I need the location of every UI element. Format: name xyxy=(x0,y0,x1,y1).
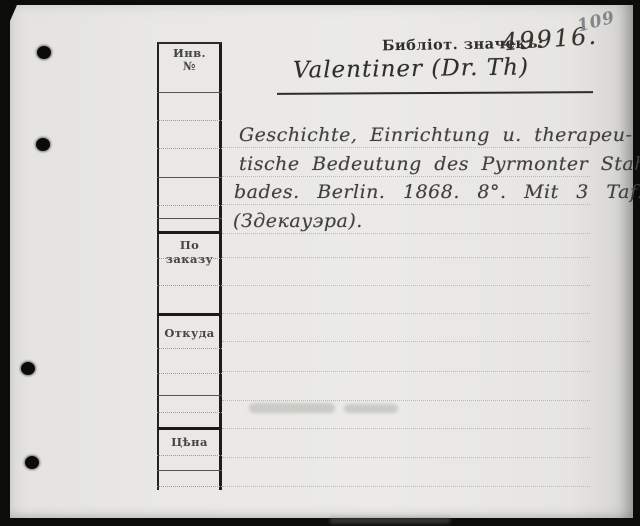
sidebar-solid-rule xyxy=(157,427,222,430)
entry-line-2: tische Bedeutung des Pyrmonter Stahl- xyxy=(239,153,640,175)
writing-dotted-rule xyxy=(222,257,590,258)
sidebar-left-rule xyxy=(157,42,159,490)
sidebar-solid-rule xyxy=(157,177,222,178)
punch-hole xyxy=(21,362,35,375)
entry-line-4: (Здекауэра). xyxy=(233,210,363,232)
scan-edge-smudge xyxy=(330,518,450,523)
writing-dotted-rule xyxy=(222,486,590,487)
sidebar-solid-rule xyxy=(157,313,222,316)
sidebar-dotted-rule xyxy=(157,412,222,413)
sidebar-label-origin: Откуда xyxy=(158,326,221,340)
writing-dotted-rule xyxy=(222,313,590,314)
sidebar-solid-rule xyxy=(157,470,222,471)
punch-hole xyxy=(37,46,51,59)
sidebar-label-by-order: По заказу xyxy=(158,238,221,266)
sidebar-dotted-rule xyxy=(157,205,222,206)
sidebar-dotted-rule xyxy=(157,120,222,121)
sidebar-dotted-rule xyxy=(157,148,222,149)
writing-dotted-rule xyxy=(222,285,590,286)
entry-line-3: bades. Berlin. 1868. 8°. Mit 3 Taf. xyxy=(234,181,640,203)
sidebar-solid-rule xyxy=(157,92,222,93)
sidebar-label-price: Цѣна xyxy=(158,435,221,449)
writing-dotted-rule xyxy=(222,400,590,401)
sidebar-right-rule xyxy=(219,42,222,490)
sidebar-dotted-rule xyxy=(157,455,222,456)
writing-dotted-rule xyxy=(222,176,590,177)
sidebar-dotted-rule xyxy=(157,486,222,487)
writing-dotted-rule xyxy=(222,428,590,429)
sidebar-solid-rule xyxy=(157,42,222,44)
writing-dotted-rule xyxy=(222,341,590,342)
entry-line-1: Geschichte, Einrichtung u. therapeu- xyxy=(239,124,632,146)
faded-stamp-smudge xyxy=(344,404,398,413)
entry-author-heading: Valentiner (Dr. Th) xyxy=(293,54,529,83)
sidebar-dotted-rule xyxy=(157,285,222,286)
sidebar-label-inventory-line2: № xyxy=(158,59,221,73)
scanned-catalog-card: Инв. № По заказу Откуда Цѣна Библіот. зн… xyxy=(0,0,640,526)
sidebar-solid-rule xyxy=(157,218,222,219)
sidebar-solid-rule xyxy=(157,395,222,396)
writing-dotted-rule xyxy=(222,204,590,205)
sidebar-dotted-rule xyxy=(157,348,222,349)
writing-dotted-rule xyxy=(222,457,590,458)
faded-stamp-smudge xyxy=(249,403,335,413)
sidebar-dotted-rule xyxy=(157,373,222,374)
punch-hole xyxy=(25,456,39,469)
writing-dotted-rule xyxy=(222,371,590,372)
punch-hole xyxy=(36,138,50,151)
sidebar-solid-rule xyxy=(157,231,222,234)
sidebar-label-inventory-line1: Инв. xyxy=(158,46,221,60)
writing-dotted-rule xyxy=(222,147,590,148)
writing-dotted-rule xyxy=(222,233,590,234)
